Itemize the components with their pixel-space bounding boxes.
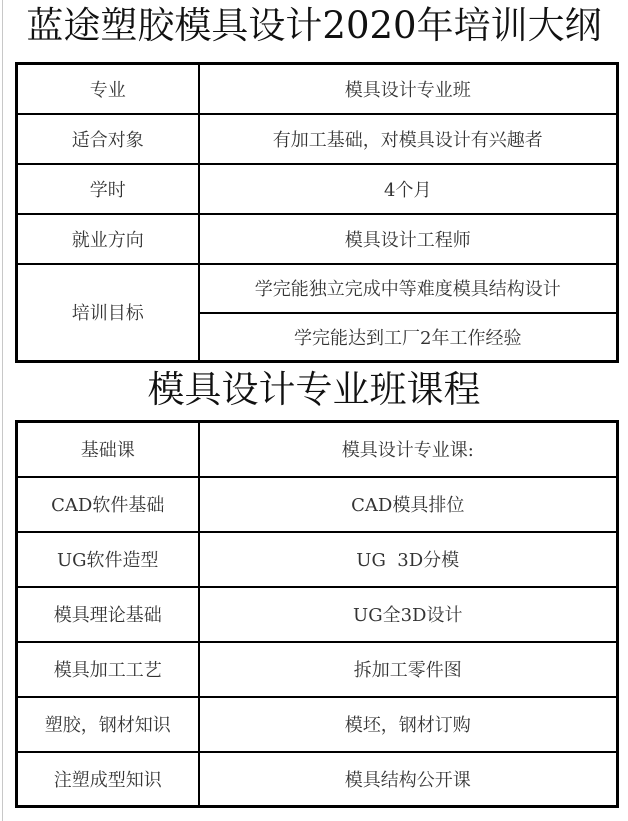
course-section-title: 模具设计专业班课程 [0, 367, 628, 413]
row-value: 有加工基础，对模具设计有兴趣者 [199, 114, 618, 164]
table-row: 适合对象 有加工基础，对模具设计有兴趣者 [17, 114, 618, 164]
table-row: 专业 模具设计专业班 [17, 64, 618, 114]
basic-course: 模具加工工艺 [17, 642, 199, 697]
professional-course: CAD模具排位 [199, 477, 618, 532]
table-row: 就业方向 模具设计工程师 [17, 214, 618, 264]
header-basic-courses: 基础课 [17, 422, 199, 477]
overview-table: 专业 模具设计专业班 适合对象 有加工基础，对模具设计有兴趣者 学时 4个月 就… [15, 62, 619, 363]
table-row: 学时 4个月 [17, 164, 618, 214]
row-value: 模具设计专业班 [199, 64, 618, 114]
goal-value: 学完能独立完成中等难度模具结构设计 [199, 264, 618, 313]
professional-course: 模坯，钢材订购 [199, 697, 618, 752]
row-value: 4个月 [199, 164, 618, 214]
course-table: 基础课 模具设计专业课: CAD软件基础 CAD模具排位 UG软件造型 UG 3… [15, 420, 619, 808]
basic-course: CAD软件基础 [17, 477, 199, 532]
table-row: 模具理论基础 UG全3D设计 [17, 587, 618, 642]
professional-course: UG 3D分模 [199, 532, 618, 587]
professional-course: 拆加工零件图 [199, 642, 618, 697]
table-header-row: 基础课 模具设计专业课: [17, 422, 618, 477]
basic-course: UG软件造型 [17, 532, 199, 587]
goal-value: 学完能达到工厂2年工作经验 [199, 313, 618, 362]
page-title: 蓝途塑胶模具设计2020年培训大纲 [0, 4, 628, 48]
table-row: 塑胶，钢材知识 模坯，钢材订购 [17, 697, 618, 752]
row-label: 适合对象 [17, 114, 199, 164]
row-label: 学时 [17, 164, 199, 214]
table-row: 培训目标 学完能独立完成中等难度模具结构设计 [17, 264, 618, 313]
table-row: CAD软件基础 CAD模具排位 [17, 477, 618, 532]
row-label: 就业方向 [17, 214, 199, 264]
professional-course: 模具结构公开课 [199, 752, 618, 807]
table-row: 模具加工工艺 拆加工零件图 [17, 642, 618, 697]
table-row: UG软件造型 UG 3D分模 [17, 532, 618, 587]
goals-label: 培训目标 [17, 264, 199, 362]
header-professional-courses: 模具设计专业课: [199, 422, 618, 477]
basic-course: 塑胶，钢材知识 [17, 697, 199, 752]
row-label: 专业 [17, 64, 199, 114]
row-value: 模具设计工程师 [199, 214, 618, 264]
basic-course: 模具理论基础 [17, 587, 199, 642]
table-row: 注塑成型知识 模具结构公开课 [17, 752, 618, 807]
basic-course: 注塑成型知识 [17, 752, 199, 807]
professional-course: UG全3D设计 [199, 587, 618, 642]
